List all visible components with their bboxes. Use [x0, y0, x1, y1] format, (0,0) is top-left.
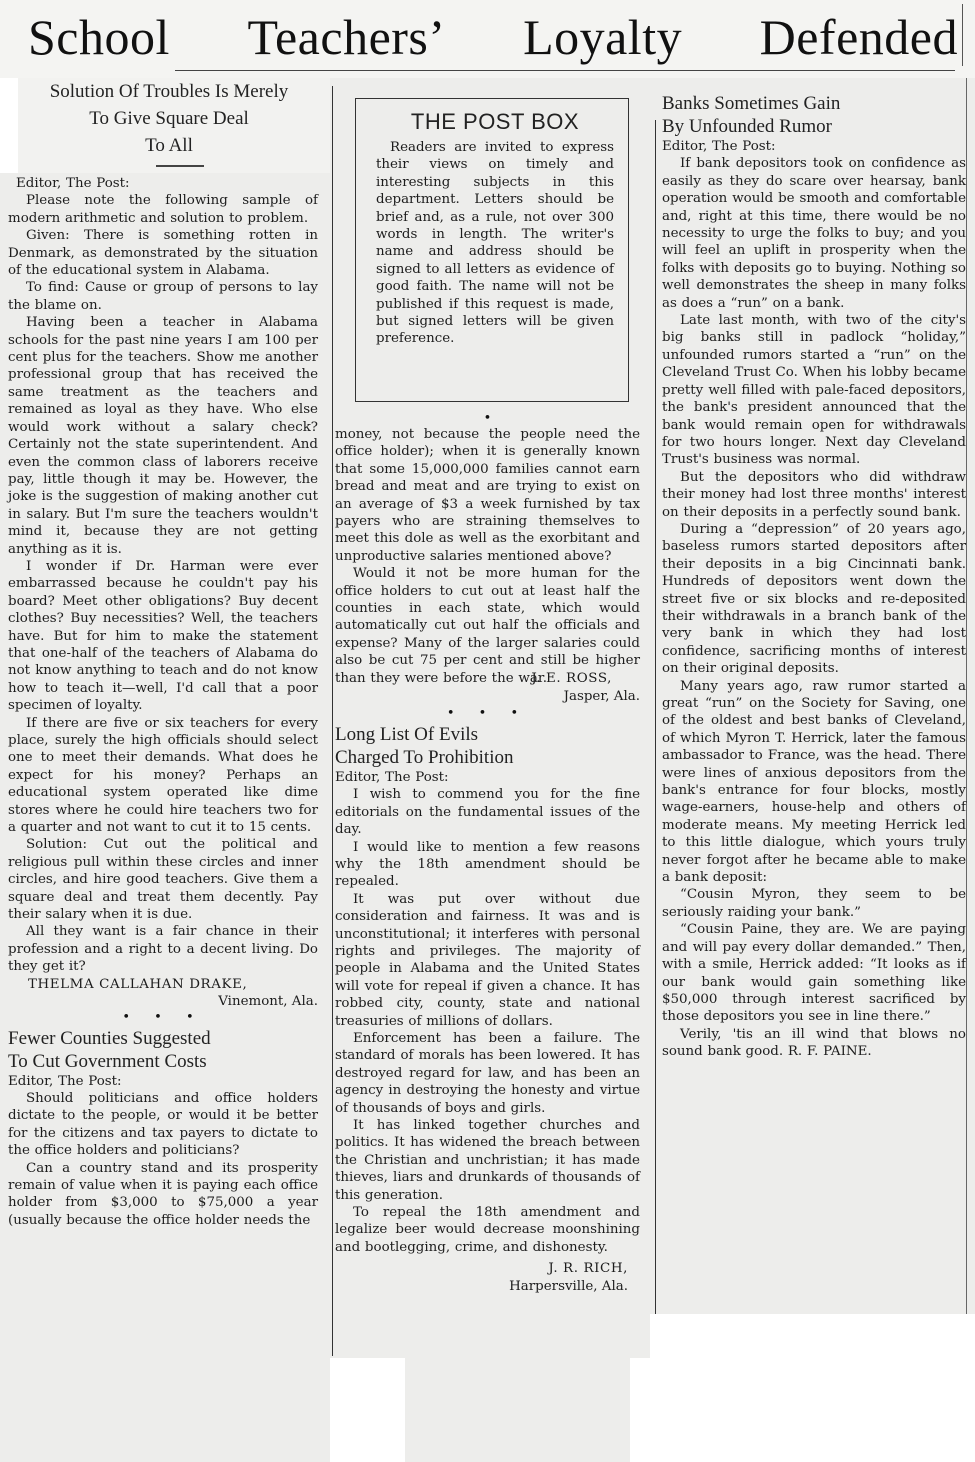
- paper-background: [405, 1358, 630, 1462]
- paragraph: I wish to commend you for the fine edito…: [335, 786, 640, 838]
- title-line: By Unfounded Rumor: [662, 115, 966, 138]
- paragraph: “Cousin Myron, they seem to be seriously…: [662, 886, 966, 921]
- page-headline: School Teachers’ Loyalty Defended: [28, 6, 958, 68]
- letter-counties-continued: • money, not because the people need the…: [335, 412, 640, 1295]
- salutation: Editor, The Post:: [8, 1073, 318, 1090]
- paragraph: If bank depositors took on confidence as…: [662, 155, 966, 312]
- post-box-text: Readers are invited to express their vie…: [376, 139, 614, 348]
- paragraph: Can a country stand and its prosperity r…: [8, 1160, 318, 1230]
- paragraph: But the depositors who did withdraw thei…: [662, 469, 966, 521]
- paragraph: Should politicians and office holders di…: [8, 1090, 318, 1160]
- paragraph: Enforcement has been a failure. The stan…: [335, 1030, 640, 1117]
- paragraph: Please note the following sample of mode…: [8, 192, 318, 227]
- title-line: Charged To Prohibition: [335, 746, 640, 769]
- separator-dot: •: [335, 412, 640, 426]
- paragraph: Late last month, with two of the city's …: [662, 312, 966, 469]
- letter-title: Banks Sometimes Gain By Unfounded Rumor: [662, 92, 966, 138]
- column-divider: [966, 78, 967, 1314]
- paragraph: Having been a teacher in Alabama schools…: [8, 314, 318, 558]
- paragraph: Solution: Cut out the political and reli…: [8, 836, 318, 923]
- paragraph: I would like to mention a few reasons wh…: [335, 839, 640, 891]
- location: Vinemont, Ala.: [8, 993, 318, 1010]
- post-box: THE POST BOX Readers are invited to expr…: [355, 98, 629, 402]
- paragraph-with-signature: Verily, 'tis an ill wind that blows no s…: [662, 1026, 966, 1061]
- title-line: Banks Sometimes Gain: [662, 92, 966, 115]
- paragraph: Given: There is something rotten in Denm…: [8, 227, 318, 279]
- paragraph: It was put over without due consideratio…: [335, 891, 640, 1030]
- paragraph: To repeal the 18th amendment and legaliz…: [335, 1204, 640, 1256]
- column-divider: [655, 120, 656, 1314]
- paragraph: During a “depression” of 20 years ago, b…: [662, 521, 966, 678]
- location: Harpersville, Ala.: [335, 1278, 640, 1295]
- paragraph: If there are five or six teachers for ev…: [8, 715, 318, 837]
- paragraph: It has linked together churches and poli…: [335, 1117, 640, 1204]
- separator-dots: • • •: [8, 1011, 318, 1025]
- paragraph: money, not because the people need the o…: [335, 426, 640, 565]
- salutation: Editor, The Post:: [662, 138, 966, 155]
- header-rule: [175, 70, 955, 71]
- separator-dots: • • •: [335, 707, 640, 721]
- salutation: Editor, The Post:: [8, 175, 318, 192]
- title-line: Solution Of Troubles Is Merely: [20, 78, 318, 105]
- letter-title: Long List Of Evils Charged To Prohibitio…: [335, 723, 640, 769]
- paragraph: To find: Cause or group of persons to la…: [8, 279, 318, 314]
- paragraph: All they want is a fair chance in their …: [8, 923, 318, 975]
- headline-word: Defended: [760, 6, 958, 68]
- letter-title: Solution Of Troubles Is Merely To Give S…: [8, 78, 318, 159]
- headline-word: School: [28, 6, 170, 68]
- signature: THELMA CALLAHAN DRAKE,: [8, 976, 318, 993]
- title-line: Long List Of Evils: [335, 723, 640, 746]
- letter-title: Fewer Counties Suggested To Cut Governme…: [8, 1027, 318, 1073]
- title-line: To Cut Government Costs: [8, 1050, 318, 1073]
- headline-word: Loyalty: [523, 6, 682, 68]
- paragraph: I wonder if Dr. Harman were ever embarra…: [8, 558, 318, 715]
- border-rule: [962, 4, 963, 66]
- title-line: Fewer Counties Suggested: [8, 1027, 318, 1050]
- title-line: To All: [20, 132, 318, 159]
- signature: J. R. RICH,: [335, 1260, 640, 1277]
- paragraph: Many years ago, raw rumor started a grea…: [662, 678, 966, 887]
- paragraph: “Cousin Paine, they are. We are paying a…: [662, 921, 966, 1025]
- title-rule: [156, 165, 204, 167]
- title-line: To Give Square Deal: [20, 105, 318, 132]
- headline-word: Teachers’: [247, 6, 445, 68]
- column-divider: [332, 86, 333, 1356]
- paragraph: Would it not be more human for the offic…: [335, 565, 640, 687]
- letter-banks: Banks Sometimes Gain By Unfounded Rumor …: [662, 92, 966, 1061]
- location: Jasper, Ala.: [335, 688, 640, 705]
- post-box-title: THE POST BOX: [376, 109, 614, 135]
- salutation: Editor, The Post:: [335, 769, 640, 786]
- letter-teachers: Solution Of Troubles Is Merely To Give S…: [8, 78, 318, 1229]
